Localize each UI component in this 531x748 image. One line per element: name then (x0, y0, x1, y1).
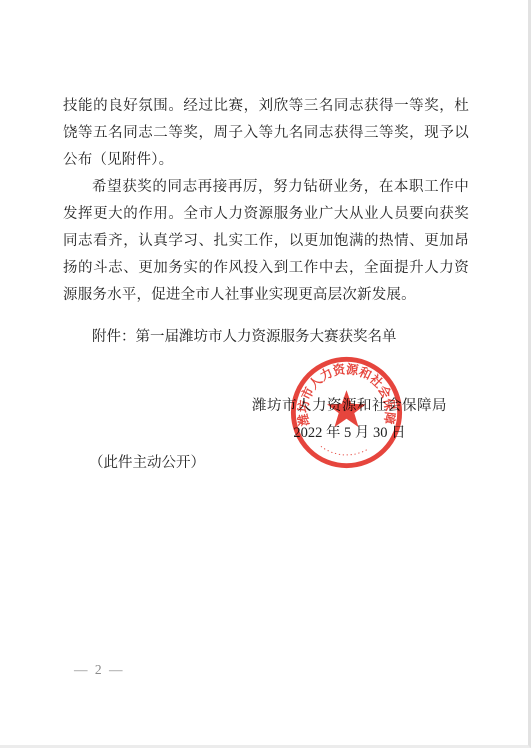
issue-date: 2022 年 5 月 30 日 (252, 420, 447, 447)
attachment-line: 附件：第一届潍坊市人力资源服务大赛获奖名单 (63, 324, 469, 351)
issuing-authority: 潍坊市人力资源和社会保障局 (252, 393, 447, 420)
paragraph-competition-results: 技能的良好氛围。经过比赛，刘欣等三名同志获得一等奖，杜饶等五名同志二等奖，周子入… (63, 93, 469, 174)
publicity-note: （此件主动公开） (89, 450, 205, 477)
paragraph-encouragement: 希望获奖的同志再接再厉，努力钻研业务，在本职工作中发挥更大的作用。全市人力资源服… (63, 174, 469, 309)
document-body: 技能的良好氛围。经过比赛，刘欣等三名同志获得一等奖，杜饶等五名同志二等奖，周子入… (63, 93, 469, 351)
page-number: — 2 — (74, 662, 125, 678)
signature-block: 潍坊市人力资源和社会保障局 2022 年 5 月 30 日 (252, 393, 447, 447)
scanned-document-page: 技能的良好氛围。经过比赛，刘欣等三名同志获得一等奖，杜饶等五名同志二等奖，周子入… (0, 0, 531, 748)
